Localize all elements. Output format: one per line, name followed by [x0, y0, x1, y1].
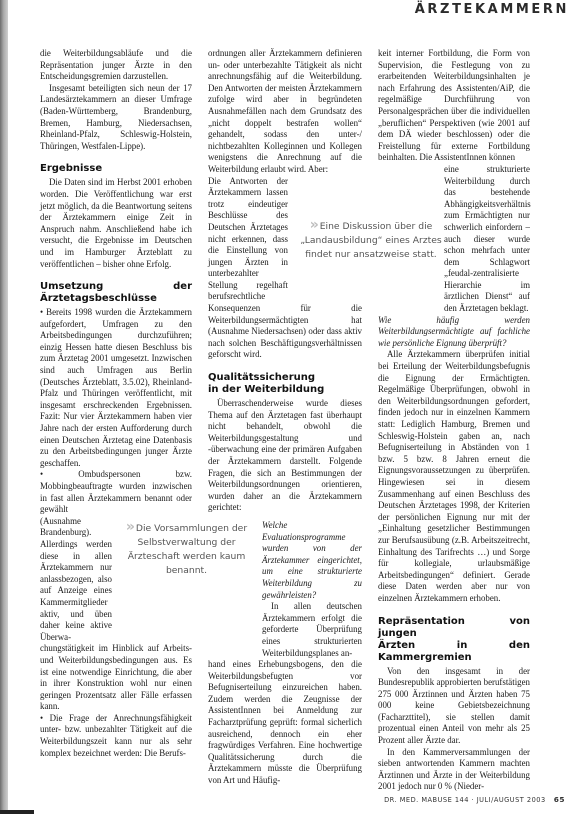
question-evaluation: Welche Evaluationsprogramme wurden von d…: [262, 520, 362, 601]
spine-foot-mark: [0, 810, 34, 814]
page-number: 65: [554, 795, 565, 804]
answer-wrapped: In allen deutschen Ärztekammern erfolgt …: [262, 601, 362, 659]
running-head: ÄRZTEKAMMERN: [415, 2, 569, 17]
heading-qualitaetssicherung-line1: Qualitätssicherung: [208, 372, 315, 383]
pullquote-diskussion-text: Eine Diskussion über die „Landausbildung…: [300, 221, 441, 260]
journal-reference: DR. MED. MABUSE 144 · JULI/AUGUST 2003: [384, 796, 546, 804]
fortbildung-paragraph: keit interner Fortbildung, die Form von …: [378, 48, 530, 164]
heading-qualitaetssicherung-line2: in der Weiterbildung: [208, 384, 324, 395]
eignung-paragraph: Alle Ärztekammern überprüfen initial bei…: [378, 349, 530, 604]
chevron-icon: »: [126, 519, 132, 535]
pullquote-selbstverwaltung: »Die Vorsammlungen der Selbstverwaltung …: [124, 520, 249, 578]
ergebnisse-paragraph: Die Daten sind im Herbst 2001 erhoben wo…: [40, 177, 192, 270]
assistenten-wrapped: eine strukturierte Weiterbildung durch d…: [444, 164, 530, 315]
berufsordnung-paragraph: ordnungen aller Ärztekammern definieren …: [208, 48, 362, 176]
konsequenzen-paragraph: Konsequenzen für die Weiterbildungsermäc…: [208, 303, 362, 361]
column-2: ordnungen aller Ärztekammern definieren …: [208, 48, 362, 787]
intro-paragraph: Insgesamt beteiligten sich neun der 17 L…: [40, 83, 192, 153]
bullet-umfragen: • Bereits 1998 wurden die Ärztekammern a…: [40, 307, 192, 469]
chevron-icon: »: [310, 217, 316, 233]
qualitaet-paragraph: Überraschenderweise wurde dieses Thema a…: [208, 398, 362, 514]
column-3: keit interner Fortbildung, die Form von …: [378, 48, 530, 793]
page-spine-shadow: [0, 0, 8, 814]
pullquote-diskussion: »Eine Diskussion über die „Landausbildun…: [296, 218, 446, 262]
intro-continuation: die Weiterbildungsabläufe und die Repräs…: [40, 48, 192, 83]
bullet-ombudspersonen: • Ombudspersonen bzw. Mobbingbeauftragte…: [40, 469, 192, 515]
bullet-ombudspersonen-wrapped: (Ausnahme Brandenburg). Allerdings werde…: [40, 516, 112, 644]
heading-repraesentation: Repräsentation von jungen Ärzten in den …: [378, 616, 530, 664]
heading-repraesentation-line1: Repräsentation von jungen: [378, 616, 530, 639]
bullet-ombudspersonen-cont: chungstätigkeit im Hinblick auf Arbeits-…: [40, 643, 192, 713]
column-1: die Weiterbildungsabläufe und die Repräs…: [40, 48, 192, 759]
page-footer: DR. MED. MABUSE 144 · JULI/AUGUST 200365: [384, 795, 565, 804]
heading-umsetzung: Umsetzung der Ärztetagsbeschlüsse: [40, 281, 192, 305]
repraesentation-paragraph-1: Von den insgesamt in der Bundesrepublik …: [378, 666, 530, 747]
bullet-anrechnung: • Die Frage der Anrechnungsfähigkeit unt…: [40, 713, 192, 759]
heading-qualitaetssicherung: Qualitätssicherung in der Weiterbildung: [208, 372, 362, 396]
pullquote-selbstverwaltung-text: Die Vorsammlungen der Selbstverwaltung d…: [128, 523, 247, 576]
antworten-wrapped: Die Antworten der Ärztekammern lassen tr…: [208, 176, 288, 304]
heading-ergebnisse: Ergebnisse: [40, 163, 192, 175]
answer-paragraph: hand eines Erhebungsbogens, den die Weit…: [208, 659, 362, 787]
heading-repraesentation-line2: Ärzten in den Kammergremien: [378, 640, 530, 663]
question-eignung: Wie häufig werden Weiterbildungsermächti…: [378, 315, 530, 350]
repraesentation-paragraph-2: In den Kammerversammlungen der sieben an…: [378, 747, 530, 793]
